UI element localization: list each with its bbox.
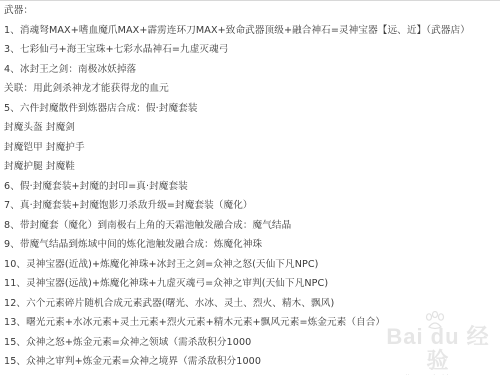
set-parts-line: 封魔头盔 封魔剑 xyxy=(4,118,500,138)
recipe-line: 8、带封魔套（魔化）到南极右上角的天霜池触发融合成：魔气结晶 xyxy=(4,216,500,236)
set-parts-line: 封魔铠甲 封魔护手 xyxy=(4,138,500,158)
recipe-note: 关联：用此剑杀神龙才能获得龙的血元 xyxy=(4,79,500,99)
recipe-line: 9、带魔气结晶到炼域中间的炼化池触发融合成：炼魔化神珠 xyxy=(4,235,500,255)
baidu-jingyan-watermark: Bai du 经验 jingyan.baidu.com xyxy=(383,325,493,365)
recipe-line: 3、七彩仙弓+海王宝珠+七彩水晶神石=九虚灭魂弓 xyxy=(4,40,500,60)
section-heading: 武器： xyxy=(4,1,500,21)
watermark-logo: Bai du 经验 xyxy=(383,325,493,373)
recipe-line: 7、真·封魔套装+封魔饱影刀杀敌升级=封魔套装（魔化） xyxy=(4,196,500,216)
recipe-line: 6、假·封魔套装+封魔的封印=真·封魔套装 xyxy=(4,177,500,197)
recipe-line: 11、灵神宝器(远战)+炼魔化神珠+九虚灭魂弓=众神之审判(天仙下凡NPC) xyxy=(4,274,500,294)
recipe-line: 4、冰封王之剑：南极冰妖掉落 xyxy=(4,60,500,80)
paw-icon xyxy=(423,311,447,331)
recipe-line: 5、六件封魔散件到炼器店合成：假·封魔套装 xyxy=(4,99,500,119)
set-parts-line: 封魔护腿 封魔鞋 xyxy=(4,157,500,177)
recipe-line: 10、灵神宝器(近战)+炼魔化神珠+冰封王之剑=众神之怒(天仙下凡NPC) xyxy=(4,255,500,275)
recipe-line: 1、消魂弩MAX+嗜血魔爪MAX+霹雳连环刀MAX+致命武器顶级+融合神石=灵神… xyxy=(4,21,500,41)
